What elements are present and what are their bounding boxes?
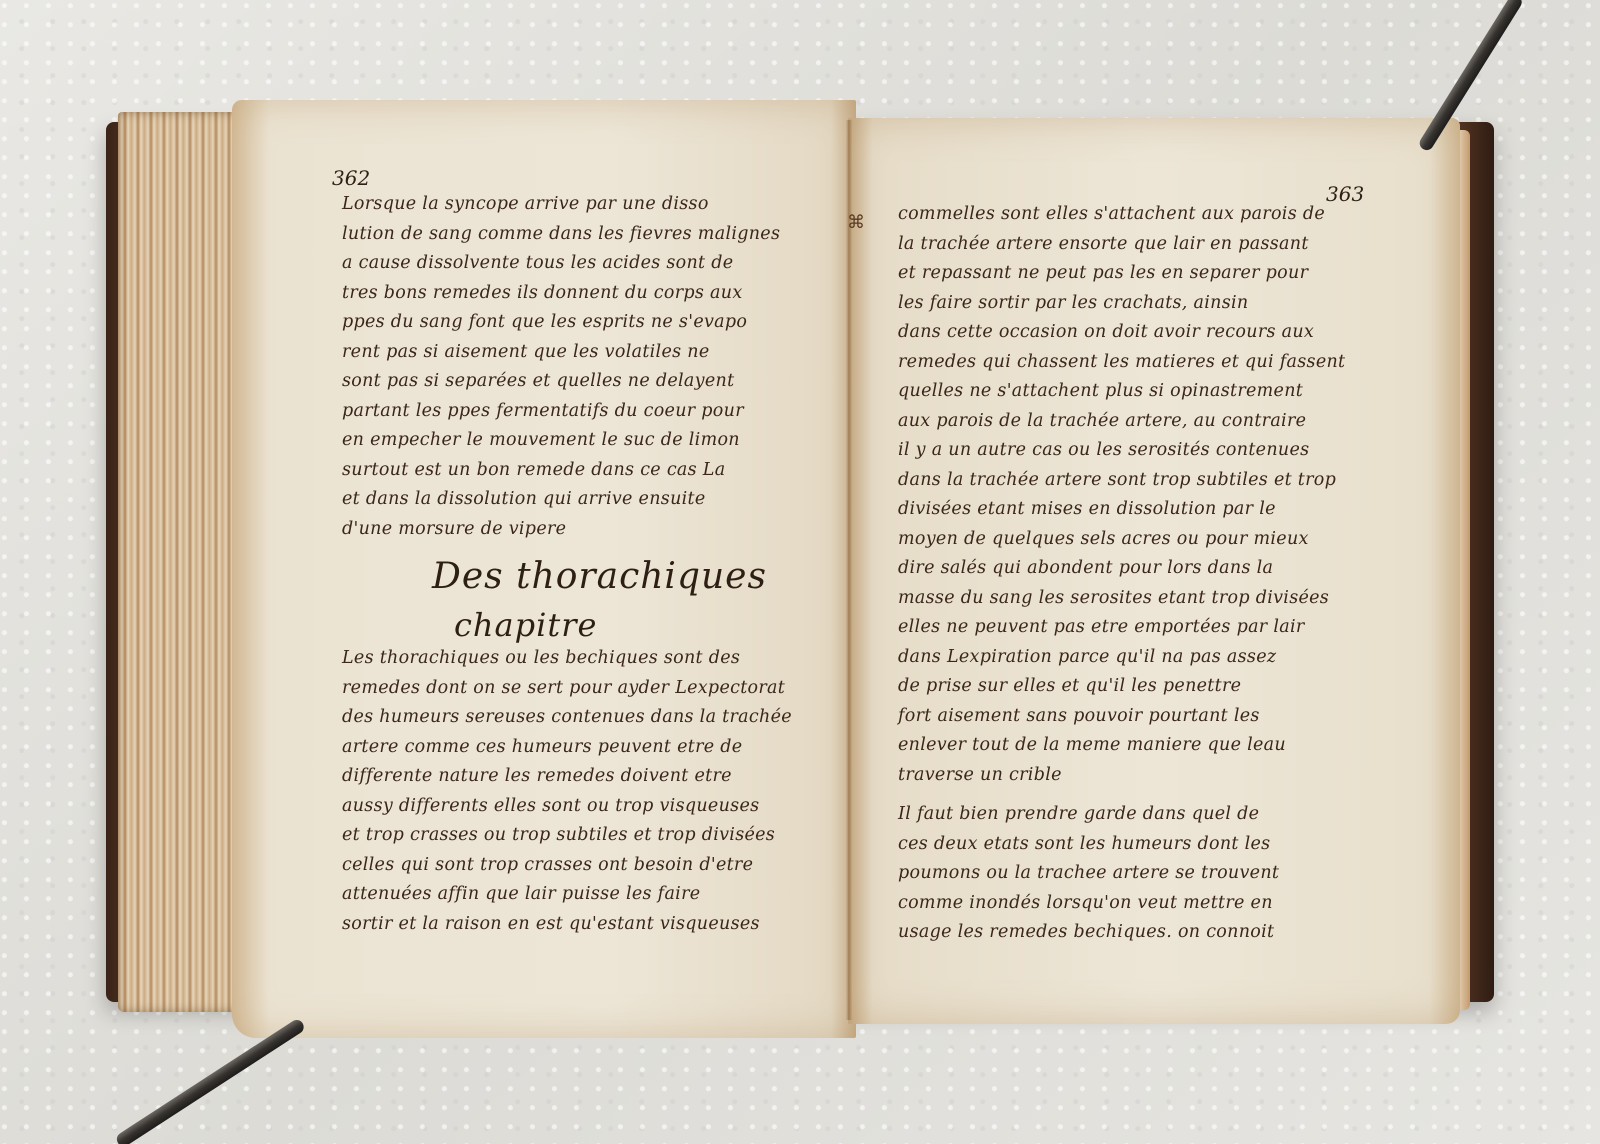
text-line: d'une morsure de vipere bbox=[342, 515, 812, 545]
text-line: attenuées affin que lair puisse les fair… bbox=[342, 880, 822, 910]
chapter-heading: Des thorachiques bbox=[432, 556, 767, 597]
text-line: differente nature les remedes doivent et… bbox=[342, 762, 822, 792]
page-holder-rod-bottom bbox=[114, 1017, 306, 1144]
text-line: lution de sang comme dans les fievres ma… bbox=[342, 220, 812, 250]
left-page-text: Lorsque la syncope arrive par une disso … bbox=[342, 190, 812, 544]
photo-scene: ⌘ 362 363 Lorsque la syncope arrive par … bbox=[0, 0, 1600, 1144]
text-line: artere comme ces humeurs peuvent etre de bbox=[342, 733, 822, 763]
text-line: remedes dont on se sert pour ayder Lexpe… bbox=[342, 674, 822, 704]
right-page-paragraph-two: Il faut bien prendre garde dans quel de … bbox=[898, 800, 1378, 948]
text-line: sont pas si separées et quelles ne delay… bbox=[342, 367, 812, 397]
left-page-number: 362 bbox=[332, 166, 370, 190]
text-line: fort aisement sans pouvoir pourtant les bbox=[898, 702, 1378, 732]
text-line: masse du sang les serosites etant trop d… bbox=[898, 584, 1378, 614]
text-line: dans la trachée artere sont trop subtile… bbox=[898, 466, 1378, 496]
text-line: commelles sont elles s'attachent aux par… bbox=[898, 200, 1378, 230]
text-line: dire salés qui abondent pour lors dans l… bbox=[898, 554, 1378, 584]
text-line: de prise sur elles et qu'il les penettre bbox=[898, 672, 1378, 702]
text-line: aussy differents elles sont ou trop visq… bbox=[342, 792, 822, 822]
right-page-text: commelles sont elles s'attachent aux par… bbox=[898, 200, 1378, 790]
text-line: et trop crasses ou trop subtiles et trop… bbox=[342, 821, 822, 851]
text-line: enlever tout de la meme maniere que leau bbox=[898, 731, 1378, 761]
text-line: traverse un crible bbox=[898, 761, 1378, 791]
text-line: la trachée artere ensorte que lair en pa… bbox=[898, 230, 1378, 260]
text-line: remedes qui chassent les matieres et qui… bbox=[898, 348, 1378, 378]
text-line: elles ne peuvent pas etre emportées par … bbox=[898, 613, 1378, 643]
text-line: Lorsque la syncope arrive par une disso bbox=[342, 190, 812, 220]
text-line: rent pas si aisement que les volatiles n… bbox=[342, 338, 812, 368]
text-line: et repassant ne peut pas les en separer … bbox=[898, 259, 1378, 289]
text-line: quelles ne s'attachent plus si opinastre… bbox=[898, 377, 1378, 407]
text-line: Les thorachiques ou les bechiques sont d… bbox=[342, 644, 822, 674]
text-line: ppes du sang font que les esprits ne s'e… bbox=[342, 308, 812, 338]
text-line: les faire sortir par les crachats, ainsi… bbox=[898, 289, 1378, 319]
text-line: sortir et la raison en est qu'estant vis… bbox=[342, 910, 822, 940]
text-line: des humeurs sereuses contenues dans la t… bbox=[342, 703, 822, 733]
binding-thread-icon: ⌘ bbox=[836, 212, 876, 234]
chapter-subheading: chapitre bbox=[454, 606, 597, 644]
text-line: dans Lexpiration parce qu'il na pas asse… bbox=[898, 643, 1378, 673]
text-line: divisées etant mises en dissolution par … bbox=[898, 495, 1378, 525]
text-line: dans cette occasion on doit avoir recour… bbox=[898, 318, 1378, 348]
text-line: ces deux etats sont les humeurs dont les bbox=[898, 830, 1378, 860]
text-line: il y a un autre cas ou les serosités con… bbox=[898, 436, 1378, 466]
text-line: Il faut bien prendre garde dans quel de bbox=[898, 800, 1378, 830]
left-page-chapter-text: Les thorachiques ou les bechiques sont d… bbox=[342, 644, 822, 939]
text-line: comme inondés lorsqu'on veut mettre en bbox=[898, 889, 1378, 919]
text-line: tres bons remedes ils donnent du corps a… bbox=[342, 279, 812, 309]
text-line: moyen de quelques sels acres ou pour mie… bbox=[898, 525, 1378, 555]
text-line: partant les ppes fermentatifs du coeur p… bbox=[342, 397, 812, 427]
text-line: celles qui sont trop crasses ont besoin … bbox=[342, 851, 822, 881]
text-line: surtout est un bon remede dans ce cas La bbox=[342, 456, 812, 486]
text-line: aux parois de la trachée artere, au cont… bbox=[898, 407, 1378, 437]
text-line: en empecher le mouvement le suc de limon bbox=[342, 426, 812, 456]
text-line: a cause dissolvente tous les acides sont… bbox=[342, 249, 812, 279]
book-gutter bbox=[846, 120, 852, 1020]
text-line: et dans la dissolution qui arrive ensuit… bbox=[342, 485, 812, 515]
text-line: usage les remedes bechiques. on connoit bbox=[898, 918, 1378, 948]
text-line: poumons ou la trachee artere se trouvent bbox=[898, 859, 1378, 889]
